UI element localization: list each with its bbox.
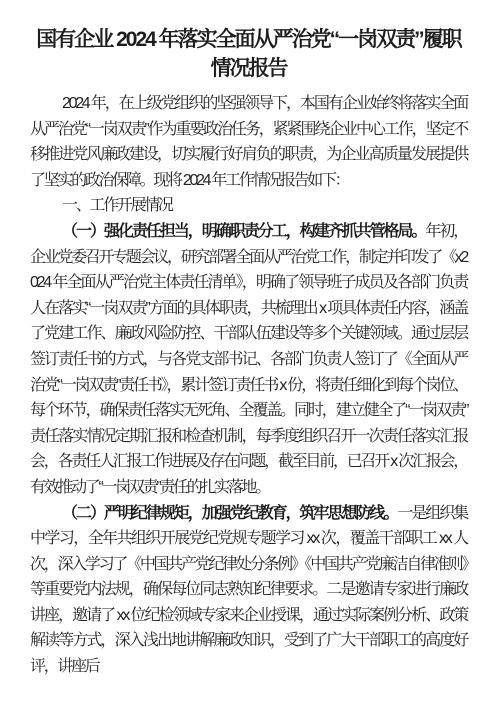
section-1-item-2-paragraph: （二）严明纪律规矩，加强党纪教育，筑牢思想防线。一是组织集中学习，全年共组织开展… [30, 501, 467, 680]
document-page: 国有企业 2024 年落实全面从严治党“一岗双责”履职情况报告 2024 年，在… [0, 0, 500, 707]
section-1-item-1-body: 年初，企业党委召开专题会议，研究部署全面从严治党工作，制定并印发了《x2024 … [30, 223, 467, 496]
section-1-heading: 一、工作开展情况 [30, 193, 467, 219]
section-1-item-2-lead: （二）严明纪律规矩，加强党纪教育，筑牢思想防线。 [62, 505, 397, 522]
intro-paragraph: 2024 年，在上级党组织的坚强领导下，本国有企业始终将落实全面从严治党“一岗双… [30, 91, 467, 193]
section-1-item-2-body: 一是组织集中学习，全年共组织开展党纪党规专题学习 xx 次，覆盖干部职工 xx … [30, 505, 467, 676]
section-1-item-1-lead: （一）强化责任担当，明确职责分工，构建齐抓共管格局。 [62, 223, 425, 240]
document-title: 国有企业 2024 年落实全面从严治党“一岗双责”履职情况报告 [30, 25, 467, 83]
section-1-item-1-paragraph: （一）强化责任担当，明确职责分工，构建齐抓共管格局。年初，企业党委召开专题会议，… [30, 219, 467, 501]
